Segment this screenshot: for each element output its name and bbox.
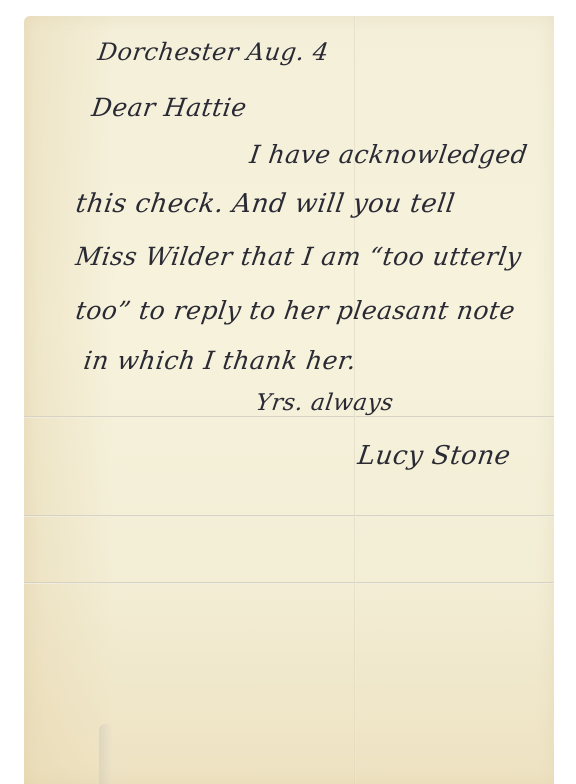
letter-salutation: Dear Hattie xyxy=(90,93,249,122)
paper-tear xyxy=(99,724,113,784)
letter-body-line: in which I thank her. xyxy=(82,346,358,375)
letter-closing: Yrs. always xyxy=(254,390,395,416)
letter-body-line: I have acknowledged xyxy=(248,140,529,169)
letter-body-line: this check. And will you tell xyxy=(74,189,457,219)
fold-line xyxy=(24,582,554,584)
letter-body-line: Miss Wilder that I am “too utterly xyxy=(74,242,524,271)
letter-paper: Dorchester Aug. 4 Dear Hattie I have ack… xyxy=(24,16,554,784)
fold-line xyxy=(24,416,554,418)
letter-body-line: too” to reply to her pleasant note xyxy=(74,296,517,325)
fold-line xyxy=(24,515,554,517)
letter-place-date: Dorchester Aug. 4 xyxy=(96,38,331,66)
letter-signature: Lucy Stone xyxy=(356,441,513,471)
